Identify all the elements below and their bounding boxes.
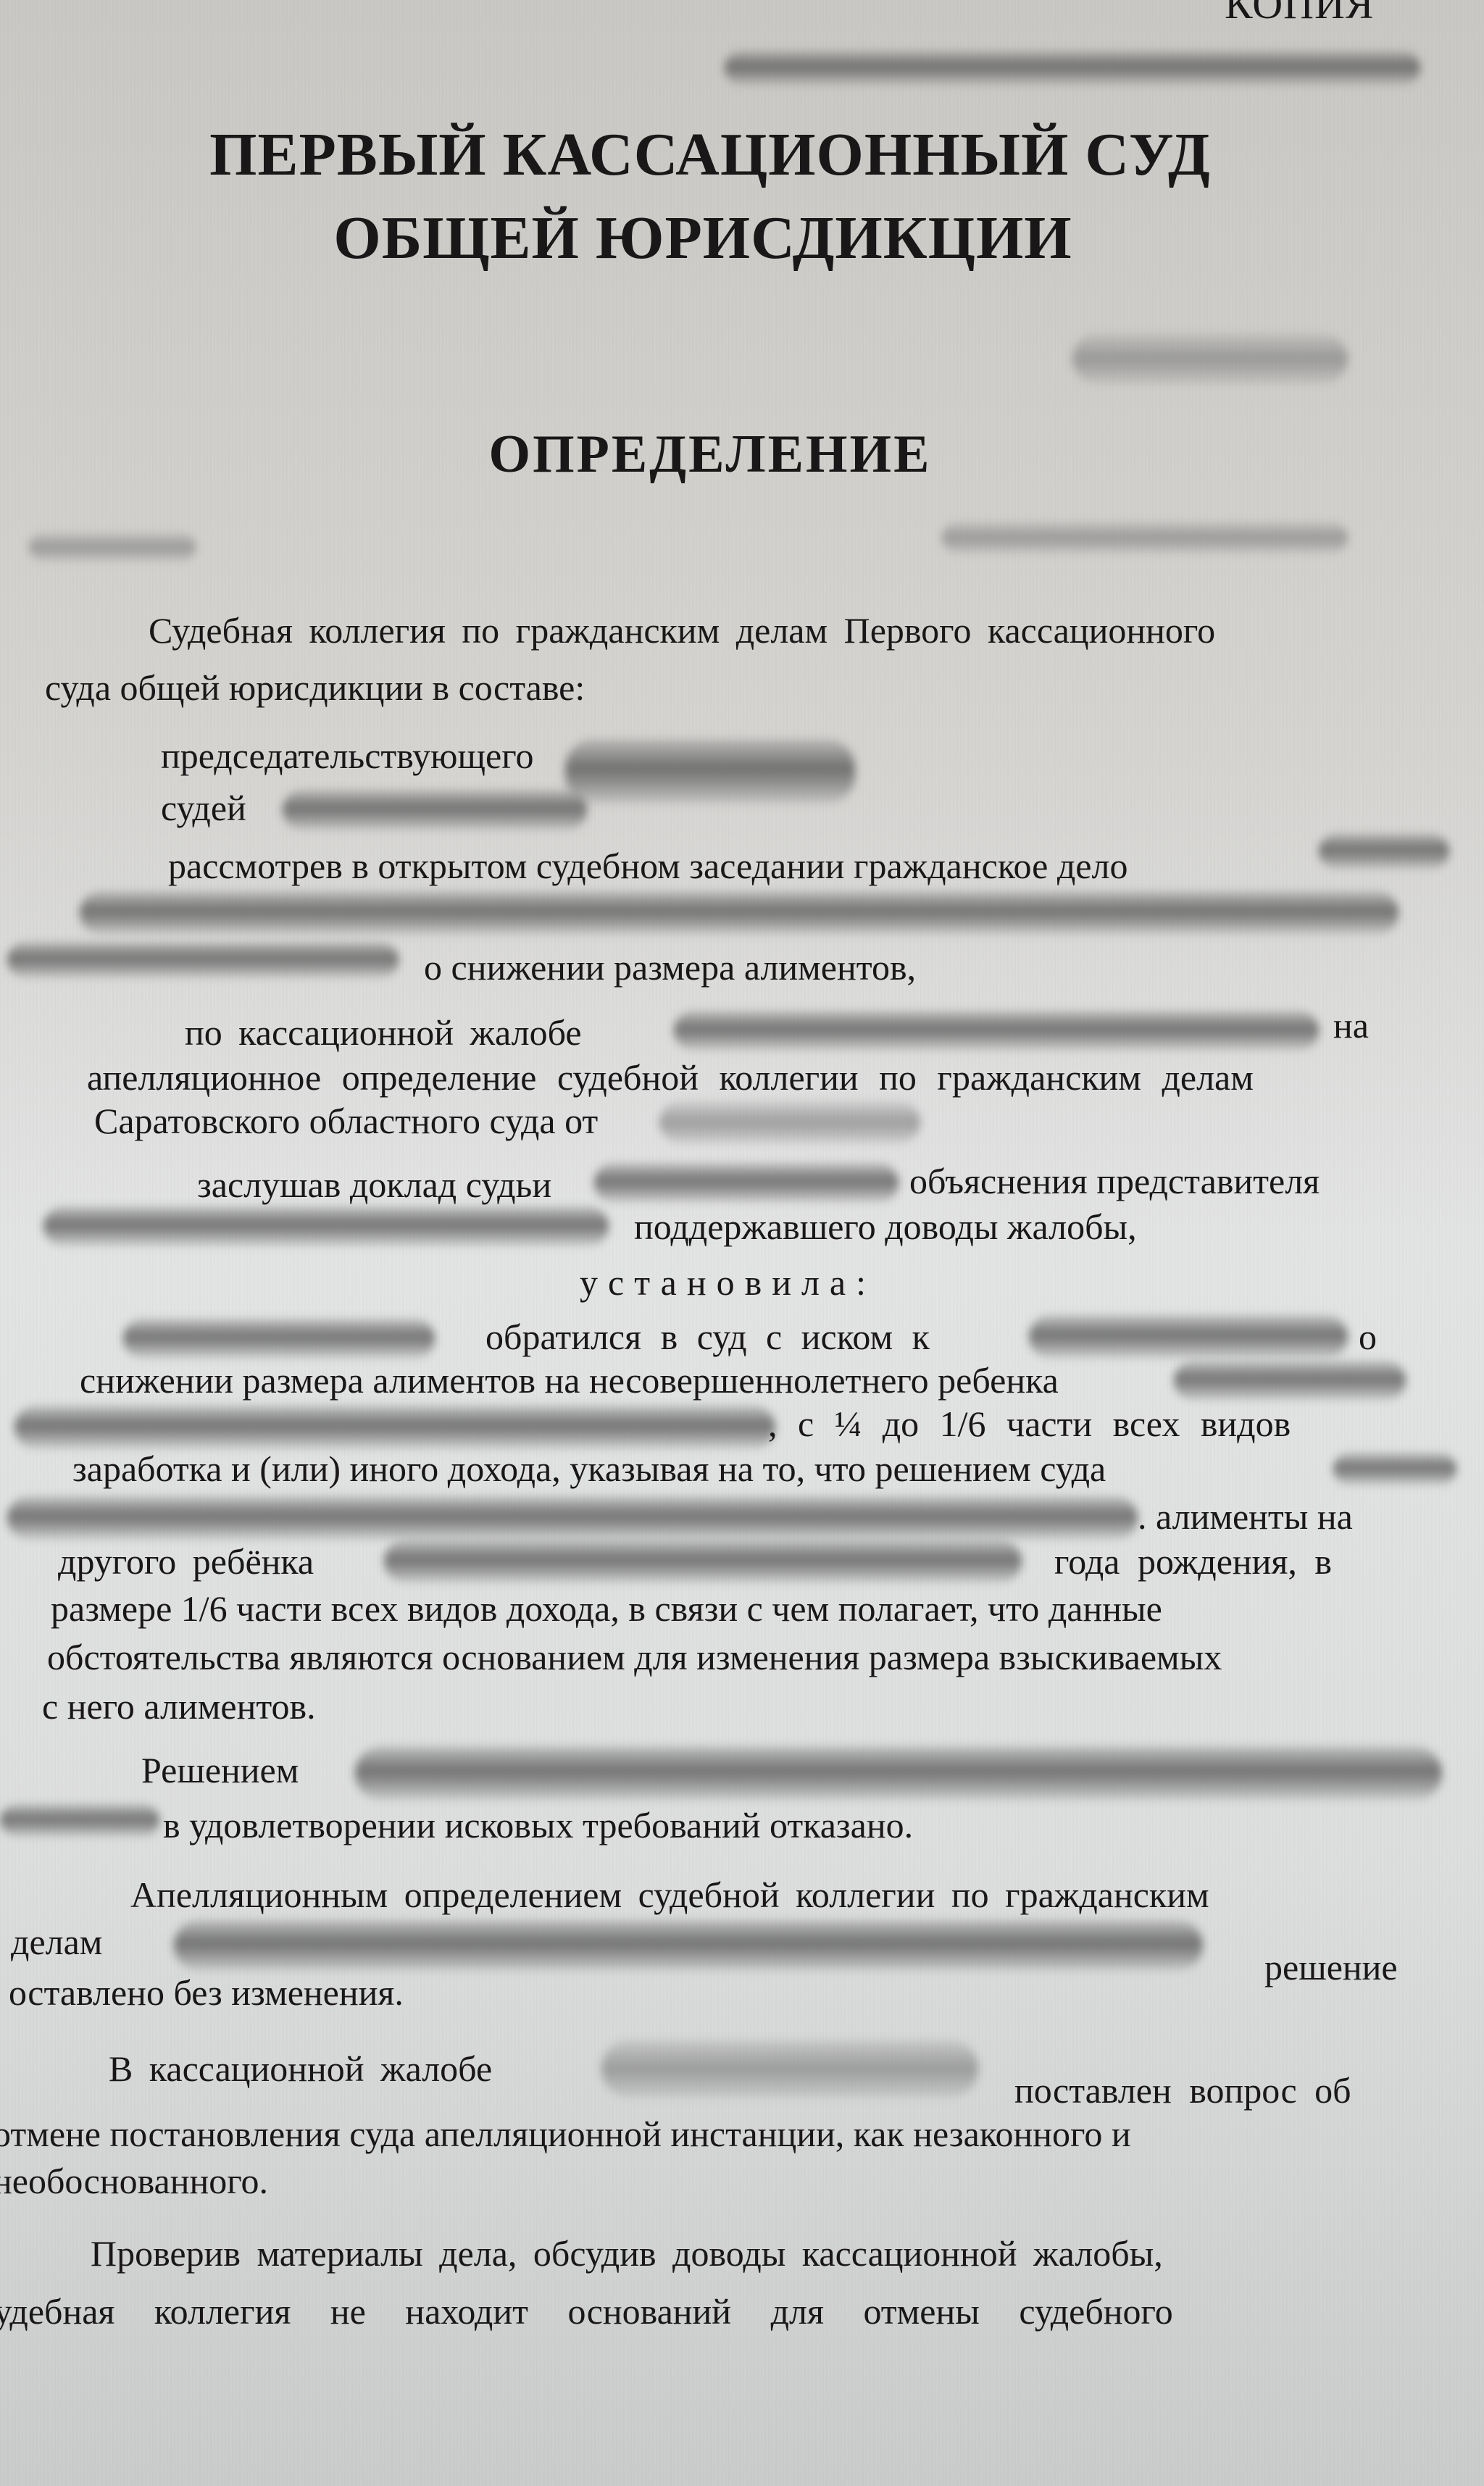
redacted-block [1319,833,1449,869]
text-line: размере 1/6 части всех видов дохода, в с… [51,1590,1162,1627]
text-line: объяснения представителя [909,1163,1320,1199]
redacted-block [0,1804,159,1837]
redacted-block [674,1011,1319,1051]
text-line: судебная коллегия не находит оснований д… [0,2293,1173,2329]
redacted-block [7,1496,1138,1540]
text-line: . алименты на [1138,1498,1353,1535]
text-line: поддержавшего доводы жалобы, [634,1209,1137,1245]
redacted-block [565,739,855,804]
court-name-line2: ОБЩЕЙ ЮРИСДИКЦИИ [0,203,1406,273]
redacted-block [942,522,1348,554]
text-line: Решением [141,1752,299,1788]
text-line: Саратовского областного суда от [94,1103,598,1139]
redacted-block [1333,1453,1456,1485]
text-line: В кассационной жалобе [109,2051,492,2087]
redacted-block [283,790,587,830]
text-line: заработка и (или) иного дохода, указывая… [72,1451,1106,1487]
redacted-block [601,2040,978,2098]
text-line: оставлено без изменения. [9,1974,404,2011]
section-heading: установила: [580,1264,876,1301]
copy-stamp: КОПИЯ [1225,0,1375,28]
text-line: снижении размера алиментов на несовершен… [80,1362,1059,1398]
text-line: рассмотрев в открытом судебном заседании… [168,848,1127,884]
text-line: , с ¼ до 1/6 части всех видов [768,1406,1291,1442]
court-name-line1: ПЕРВЫЙ КАССАЦИОННЫЙ СУД [0,120,1420,190]
text-line: на [1333,1007,1369,1043]
text-line: суда общей юрисдикции в составе: [45,670,585,706]
redacted-block [43,1206,609,1246]
text-line: с него алиментов. [42,1688,316,1724]
redacted-block [29,533,196,562]
text-line: в удовлетворении исковых требований отка… [163,1807,913,1843]
text-line: поставлен вопрос об [1014,2072,1351,2108]
text-line: другого ребёнка [58,1543,314,1580]
text-line: судей [161,790,246,826]
redacted-block [1029,1315,1348,1359]
document-page: КОПИЯ ПЕРВЫЙ КАССАЦИОННЫЙ СУД ОБЩЕЙ ЮРИС… [0,0,1484,2486]
text-line: обстоятельства являются основанием для и… [47,1639,1222,1675]
text-line: необоснованного. [0,2163,268,2199]
text-line: о [1359,1319,1377,1355]
redacted-block [355,1746,1442,1801]
redacted-block [1072,333,1348,384]
text-line: Судебная коллегия по гражданским делам П… [149,612,1215,648]
redacted-block [659,1101,920,1143]
text-line: Проверив материалы дела, обсудив доводы … [91,2235,1163,2272]
text-line: о снижении размера алиментов, [424,949,916,985]
text-line: председательствующего [161,738,533,774]
text-line: решение [1264,1949,1398,1985]
redacted-block [594,1163,899,1203]
document-type-title: ОПРЕДЕЛЕНИЕ [0,424,1420,485]
text-line: заслушав доклад судьи [197,1167,551,1203]
text-line: делам [11,1924,102,1960]
redacted-block [725,51,1420,85]
redacted-block [80,891,1398,935]
redacted-block [384,1540,1022,1583]
redacted-block [14,1406,775,1449]
redacted-block [174,1920,1203,1971]
text-line: Апелляционным определением судебной колл… [130,1877,1209,1913]
text-line: года рождения, в [1054,1543,1332,1580]
text-line: апелляционное определение судебной колле… [87,1059,1254,1096]
text-line: по кассационной жалобе [185,1014,582,1051]
redacted-block [123,1319,435,1359]
redacted-block [7,942,399,978]
redacted-block [1174,1361,1406,1401]
text-line: отмене постановления суда апелляционной … [0,2116,1131,2152]
text-line: обратился в суд с иском к [485,1319,930,1355]
